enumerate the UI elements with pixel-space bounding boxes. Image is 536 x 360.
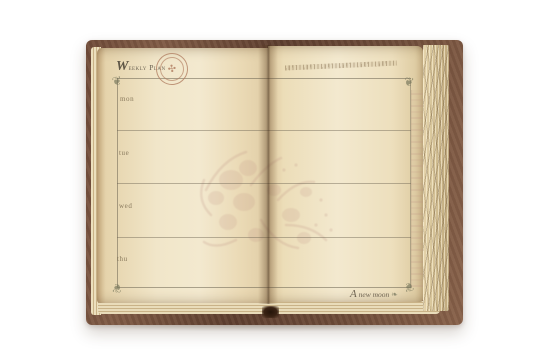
page-title-initial: W xyxy=(116,59,128,74)
photo-backdrop: ❦ ❦ ❦ ❦ Weekly Plan ✣ mon tue wed thu A … xyxy=(0,0,536,360)
corner-flourish-icon: ❦ xyxy=(111,281,123,295)
page-edges-right-patterned xyxy=(423,45,449,311)
day-row-label-tue: tue xyxy=(119,149,129,157)
corner-flourish-icon: ❦ xyxy=(403,75,415,89)
oval-seal-stamp-icon: ✣ xyxy=(154,51,190,87)
scroll-flourish-icon: ❧ xyxy=(391,290,398,299)
stamp-emblem-icon: ✣ xyxy=(155,52,189,86)
open-planner-book: ❦ ❦ ❦ ❦ Weekly Plan ✣ mon tue wed thu A … xyxy=(86,40,463,325)
spine-notch-shadow xyxy=(262,306,279,318)
row-divider-3 xyxy=(117,237,411,238)
footer-note-text: new moon xyxy=(357,290,390,299)
faded-floral-bouquet-illustration xyxy=(186,130,346,270)
day-row-label-mon: mon xyxy=(120,95,134,103)
day-row-label-wed: wed xyxy=(119,202,132,210)
day-row-label-thu: thu xyxy=(117,255,128,263)
footer-note: A new moon ❧ xyxy=(350,288,398,300)
footer-note-initial: A xyxy=(350,288,357,300)
corner-flourish-icon: ❦ xyxy=(111,74,123,88)
row-divider-2 xyxy=(117,183,411,184)
row-divider-1 xyxy=(117,130,411,131)
lace-pattern-margin-strip xyxy=(411,90,423,287)
